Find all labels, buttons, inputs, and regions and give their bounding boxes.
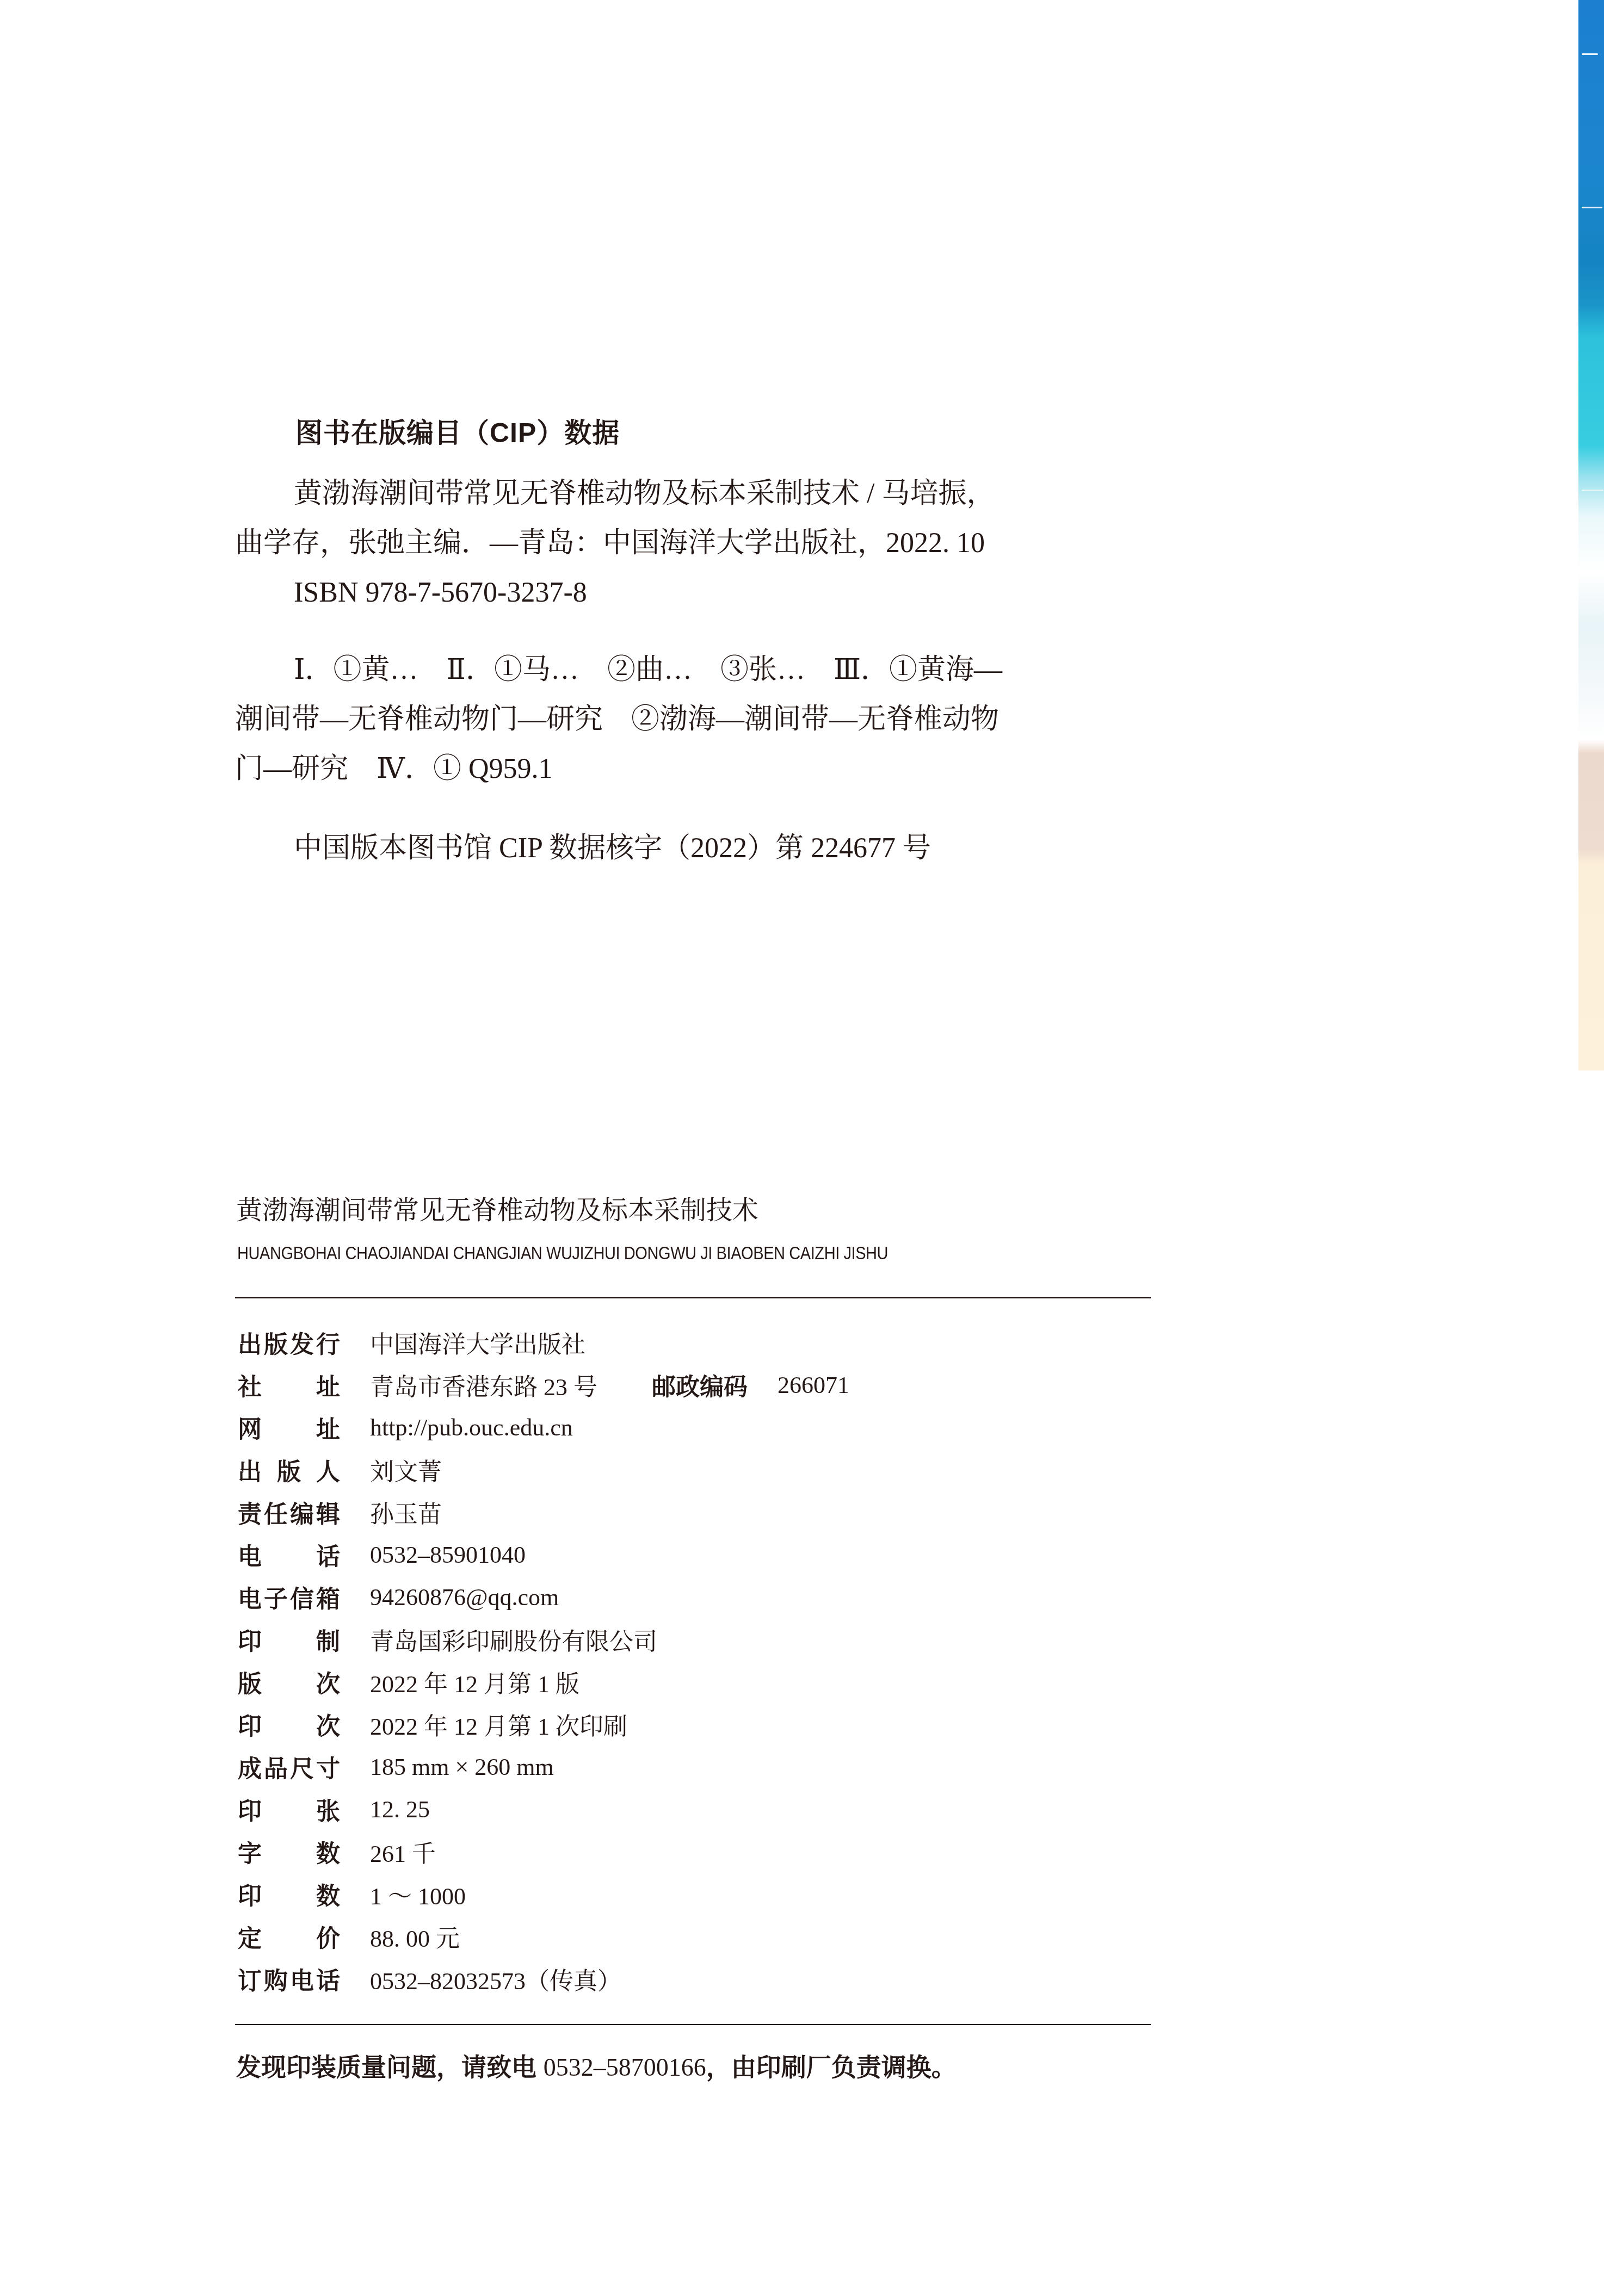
colophon-row: 社址青岛市香港东路 23 号邮政编码266071 bbox=[238, 1364, 849, 1406]
colophon-label-char: 电 bbox=[290, 1961, 314, 1996]
colophon-value: 青岛市香港东路 23 号 bbox=[370, 1367, 597, 1402]
quality-notice: 发现印装质量问题，请致电 0532–58700166，由印刷厂负责调换。 bbox=[236, 2051, 957, 2084]
colophon-label-char: 话 bbox=[316, 1537, 340, 1572]
isbn: ISBN 978-7-5670-3237-8 bbox=[235, 568, 1073, 617]
colophon-label: 电话 bbox=[238, 1537, 340, 1572]
colophon-label-char: 编 bbox=[290, 1495, 314, 1530]
colophon-label-char: 址 bbox=[316, 1367, 340, 1402]
beach-photo-strip bbox=[1578, 0, 1604, 1070]
wave-foam-decoration bbox=[1582, 207, 1602, 208]
colophon-label-char: 寸 bbox=[316, 1749, 340, 1784]
colophon-row: 版次2022 年 12 月第 1 版 bbox=[238, 1661, 849, 1703]
colophon-value: 12. 25 bbox=[370, 1796, 430, 1823]
cip-entry-line: 黄渤海潮间带常见无脊椎动物及标本采制技术 / 马培振， bbox=[235, 469, 1073, 518]
cip-verification-number: 中国版本图书馆 CIP 数据核字（2022）第 224677 号 bbox=[235, 824, 1073, 873]
colophon-label: 版次 bbox=[238, 1664, 340, 1699]
colophon-label: 定价 bbox=[238, 1919, 340, 1954]
colophon-label: 成品尺寸 bbox=[238, 1749, 340, 1784]
colophon-value: 0532–85901040 bbox=[370, 1541, 526, 1569]
colophon-label: 订购电话 bbox=[238, 1961, 340, 1996]
colophon-label-char: 子 bbox=[264, 1580, 288, 1614]
wave-foam-decoration bbox=[1582, 53, 1598, 55]
colophon-label-char: 电 bbox=[238, 1580, 262, 1614]
cip-catalog-entry: 黄渤海潮间带常见无脊椎动物及标本采制技术 / 马培振， 曲学存，张弛主编．—青岛… bbox=[235, 469, 1073, 617]
cip-classification: Ⅰ．①黄… Ⅱ．①马… ②曲… ③张… Ⅲ．①黄海— 潮间带—无脊椎动物门—研究… bbox=[235, 645, 1073, 794]
colophon-label-char: 数 bbox=[316, 1877, 340, 1911]
colophon-value: 88. 00 元 bbox=[370, 1919, 460, 1954]
colophon-label-char: 任 bbox=[264, 1495, 288, 1530]
colophon-row: 印次2022 年 12 月第 1 次印刷 bbox=[238, 1703, 849, 1746]
colophon-label-char: 尺 bbox=[290, 1749, 314, 1784]
colophon-value: 刘文菁 bbox=[370, 1452, 442, 1487]
colophon-label: 网址 bbox=[238, 1410, 340, 1445]
colophon-label-char: 版 bbox=[264, 1325, 288, 1360]
colophon-label: 电子信箱 bbox=[238, 1580, 340, 1614]
colophon-label-char: 出 bbox=[238, 1452, 262, 1487]
colophon-value: 261 千 bbox=[370, 1834, 436, 1869]
colophon-value: 2022 年 12 月第 1 次印刷 bbox=[370, 1707, 627, 1742]
colophon-label-char: 出 bbox=[238, 1325, 262, 1360]
colophon-label-char: 印 bbox=[238, 1792, 262, 1827]
colophon-label-char: 信 bbox=[290, 1580, 314, 1614]
book-title-pinyin: HUANGBOHAI CHAOJIANDAI CHANGJIAN WUJIZHU… bbox=[237, 1243, 888, 1263]
colophon-label-char: 电 bbox=[238, 1537, 262, 1572]
colophon-row: 出版发行中国海洋大学出版社 bbox=[238, 1321, 849, 1364]
colophon-row: 定价88. 00 元 bbox=[238, 1915, 849, 1958]
colophon-label-char: 版 bbox=[238, 1664, 262, 1699]
colophon-value: http://pub.ouc.edu.cn bbox=[370, 1414, 573, 1441]
colophon-row: 网址http://pub.ouc.edu.cn bbox=[238, 1406, 849, 1449]
book-title-cn: 黄渤海潮间带常见无脊椎动物及标本采制技术 bbox=[236, 1195, 758, 1227]
colophon-label-char: 人 bbox=[316, 1452, 340, 1487]
colophon-label-char: 成 bbox=[238, 1749, 262, 1784]
colophon-label-char: 行 bbox=[316, 1325, 340, 1360]
cip-heading: 图书在版编目（CIP）数据 bbox=[295, 417, 620, 449]
colophon-value: 孙玉苗 bbox=[370, 1495, 442, 1530]
colophon-label-char: 社 bbox=[238, 1367, 262, 1402]
colophon-label-char: 印 bbox=[238, 1707, 262, 1742]
wave-foam-decoration bbox=[1582, 490, 1603, 491]
colophon-row: 字数261 千 bbox=[238, 1830, 849, 1873]
quality-notice-text: 发现印装质量问题，请致电 bbox=[236, 2053, 544, 2081]
cip-class-line: 潮间带—无脊椎动物门—研究 ②渤海—潮间带—无脊椎动物 bbox=[235, 695, 1073, 744]
colophon-label: 出版发行 bbox=[238, 1325, 340, 1360]
colophon-label: 字数 bbox=[238, 1834, 340, 1869]
colophon-value: 中国海洋大学出版社 bbox=[370, 1325, 585, 1360]
colophon-label: 印次 bbox=[238, 1707, 340, 1742]
colophon-row: 印张12. 25 bbox=[238, 1788, 849, 1830]
colophon-row: 印数1 ～ 1000 bbox=[238, 1873, 849, 1915]
colophon-value: 青岛国彩印刷股份有限公司 bbox=[370, 1622, 657, 1657]
colophon-label-char: 购 bbox=[264, 1961, 288, 1996]
colophon-label-char: 张 bbox=[316, 1792, 340, 1827]
colophon-label: 印张 bbox=[238, 1792, 340, 1827]
colophon-label-char: 价 bbox=[316, 1919, 340, 1954]
colophon-row: 责任编辑孙玉苗 bbox=[238, 1491, 849, 1533]
quality-notice-text: ，由印刷厂负责调换。 bbox=[706, 2053, 957, 2081]
colophon-row: 出版人刘文菁 bbox=[238, 1449, 849, 1491]
colophon-label-char: 版 bbox=[277, 1452, 301, 1487]
postal-code-value: 266071 bbox=[778, 1371, 849, 1399]
colophon-value: 185 mm × 260 mm bbox=[370, 1753, 554, 1781]
colophon-label-char: 箱 bbox=[316, 1580, 340, 1614]
colophon-label: 印制 bbox=[238, 1622, 340, 1657]
colophon-label-char: 定 bbox=[238, 1919, 262, 1954]
colophon-label: 印数 bbox=[238, 1877, 340, 1911]
colophon-row: 订购电话0532–82032573（传真） bbox=[238, 1958, 849, 2000]
colophon-row: 电子信箱94260876@qq.com bbox=[238, 1576, 849, 1618]
colophon-row: 印制青岛国彩印刷股份有限公司 bbox=[238, 1618, 849, 1661]
colophon-label-char: 次 bbox=[316, 1707, 340, 1742]
colophon-label-char: 数 bbox=[316, 1834, 340, 1869]
colophon-value: 94260876@qq.com bbox=[370, 1583, 559, 1611]
colophon-label-char: 品 bbox=[264, 1749, 288, 1784]
colophon-label: 责任编辑 bbox=[238, 1495, 340, 1530]
colophon-label-char: 印 bbox=[238, 1877, 262, 1911]
colophon-label: 社址 bbox=[238, 1367, 340, 1402]
colophon-row: 电话0532–85901040 bbox=[238, 1533, 849, 1576]
colophon-label-char: 址 bbox=[316, 1410, 340, 1445]
colophon-row: 成品尺寸185 mm × 260 mm bbox=[238, 1746, 849, 1788]
colophon-value: 0532–82032573（传真） bbox=[370, 1961, 621, 1996]
postal-code-label: 邮政编码 bbox=[652, 1367, 748, 1402]
colophon-label: 出版人 bbox=[238, 1452, 340, 1487]
quality-notice-phone: 0532–58700166 bbox=[544, 2053, 706, 2081]
colophon-label-char: 辑 bbox=[316, 1495, 340, 1530]
colophon-label-char: 制 bbox=[316, 1622, 340, 1657]
colophon-label-char: 次 bbox=[316, 1664, 340, 1699]
colophon-label-char: 网 bbox=[238, 1410, 262, 1445]
colophon-label-char: 订 bbox=[238, 1961, 262, 1996]
cip-class-line: Ⅰ．①黄… Ⅱ．①马… ②曲… ③张… Ⅲ．①黄海— bbox=[235, 645, 1073, 695]
colophon-label-char: 发 bbox=[290, 1325, 314, 1360]
colophon-label-char: 责 bbox=[238, 1495, 262, 1530]
cip-verification: 中国版本图书馆 CIP 数据核字（2022）第 224677 号 bbox=[235, 824, 1073, 873]
colophon-value: 1 ～ 1000 bbox=[370, 1877, 466, 1911]
divider-bottom bbox=[235, 2024, 1151, 2025]
colophon-label-char: 印 bbox=[238, 1622, 262, 1657]
colophon-table: 出版发行中国海洋大学出版社社址青岛市香港东路 23 号邮政编码266071网址h… bbox=[238, 1321, 849, 2000]
colophon-label-char: 话 bbox=[316, 1961, 340, 1996]
colophon-label-char: 字 bbox=[238, 1834, 262, 1869]
colophon-value: 2022 年 12 月第 1 版 bbox=[370, 1664, 579, 1699]
divider-top bbox=[235, 1297, 1151, 1298]
cip-class-line: 门—研究 Ⅳ．① Q959.1 bbox=[235, 744, 1073, 794]
cip-entry-line: 曲学存，张弛主编．—青岛：中国海洋大学出版社，2022. 10 bbox=[235, 518, 1073, 568]
